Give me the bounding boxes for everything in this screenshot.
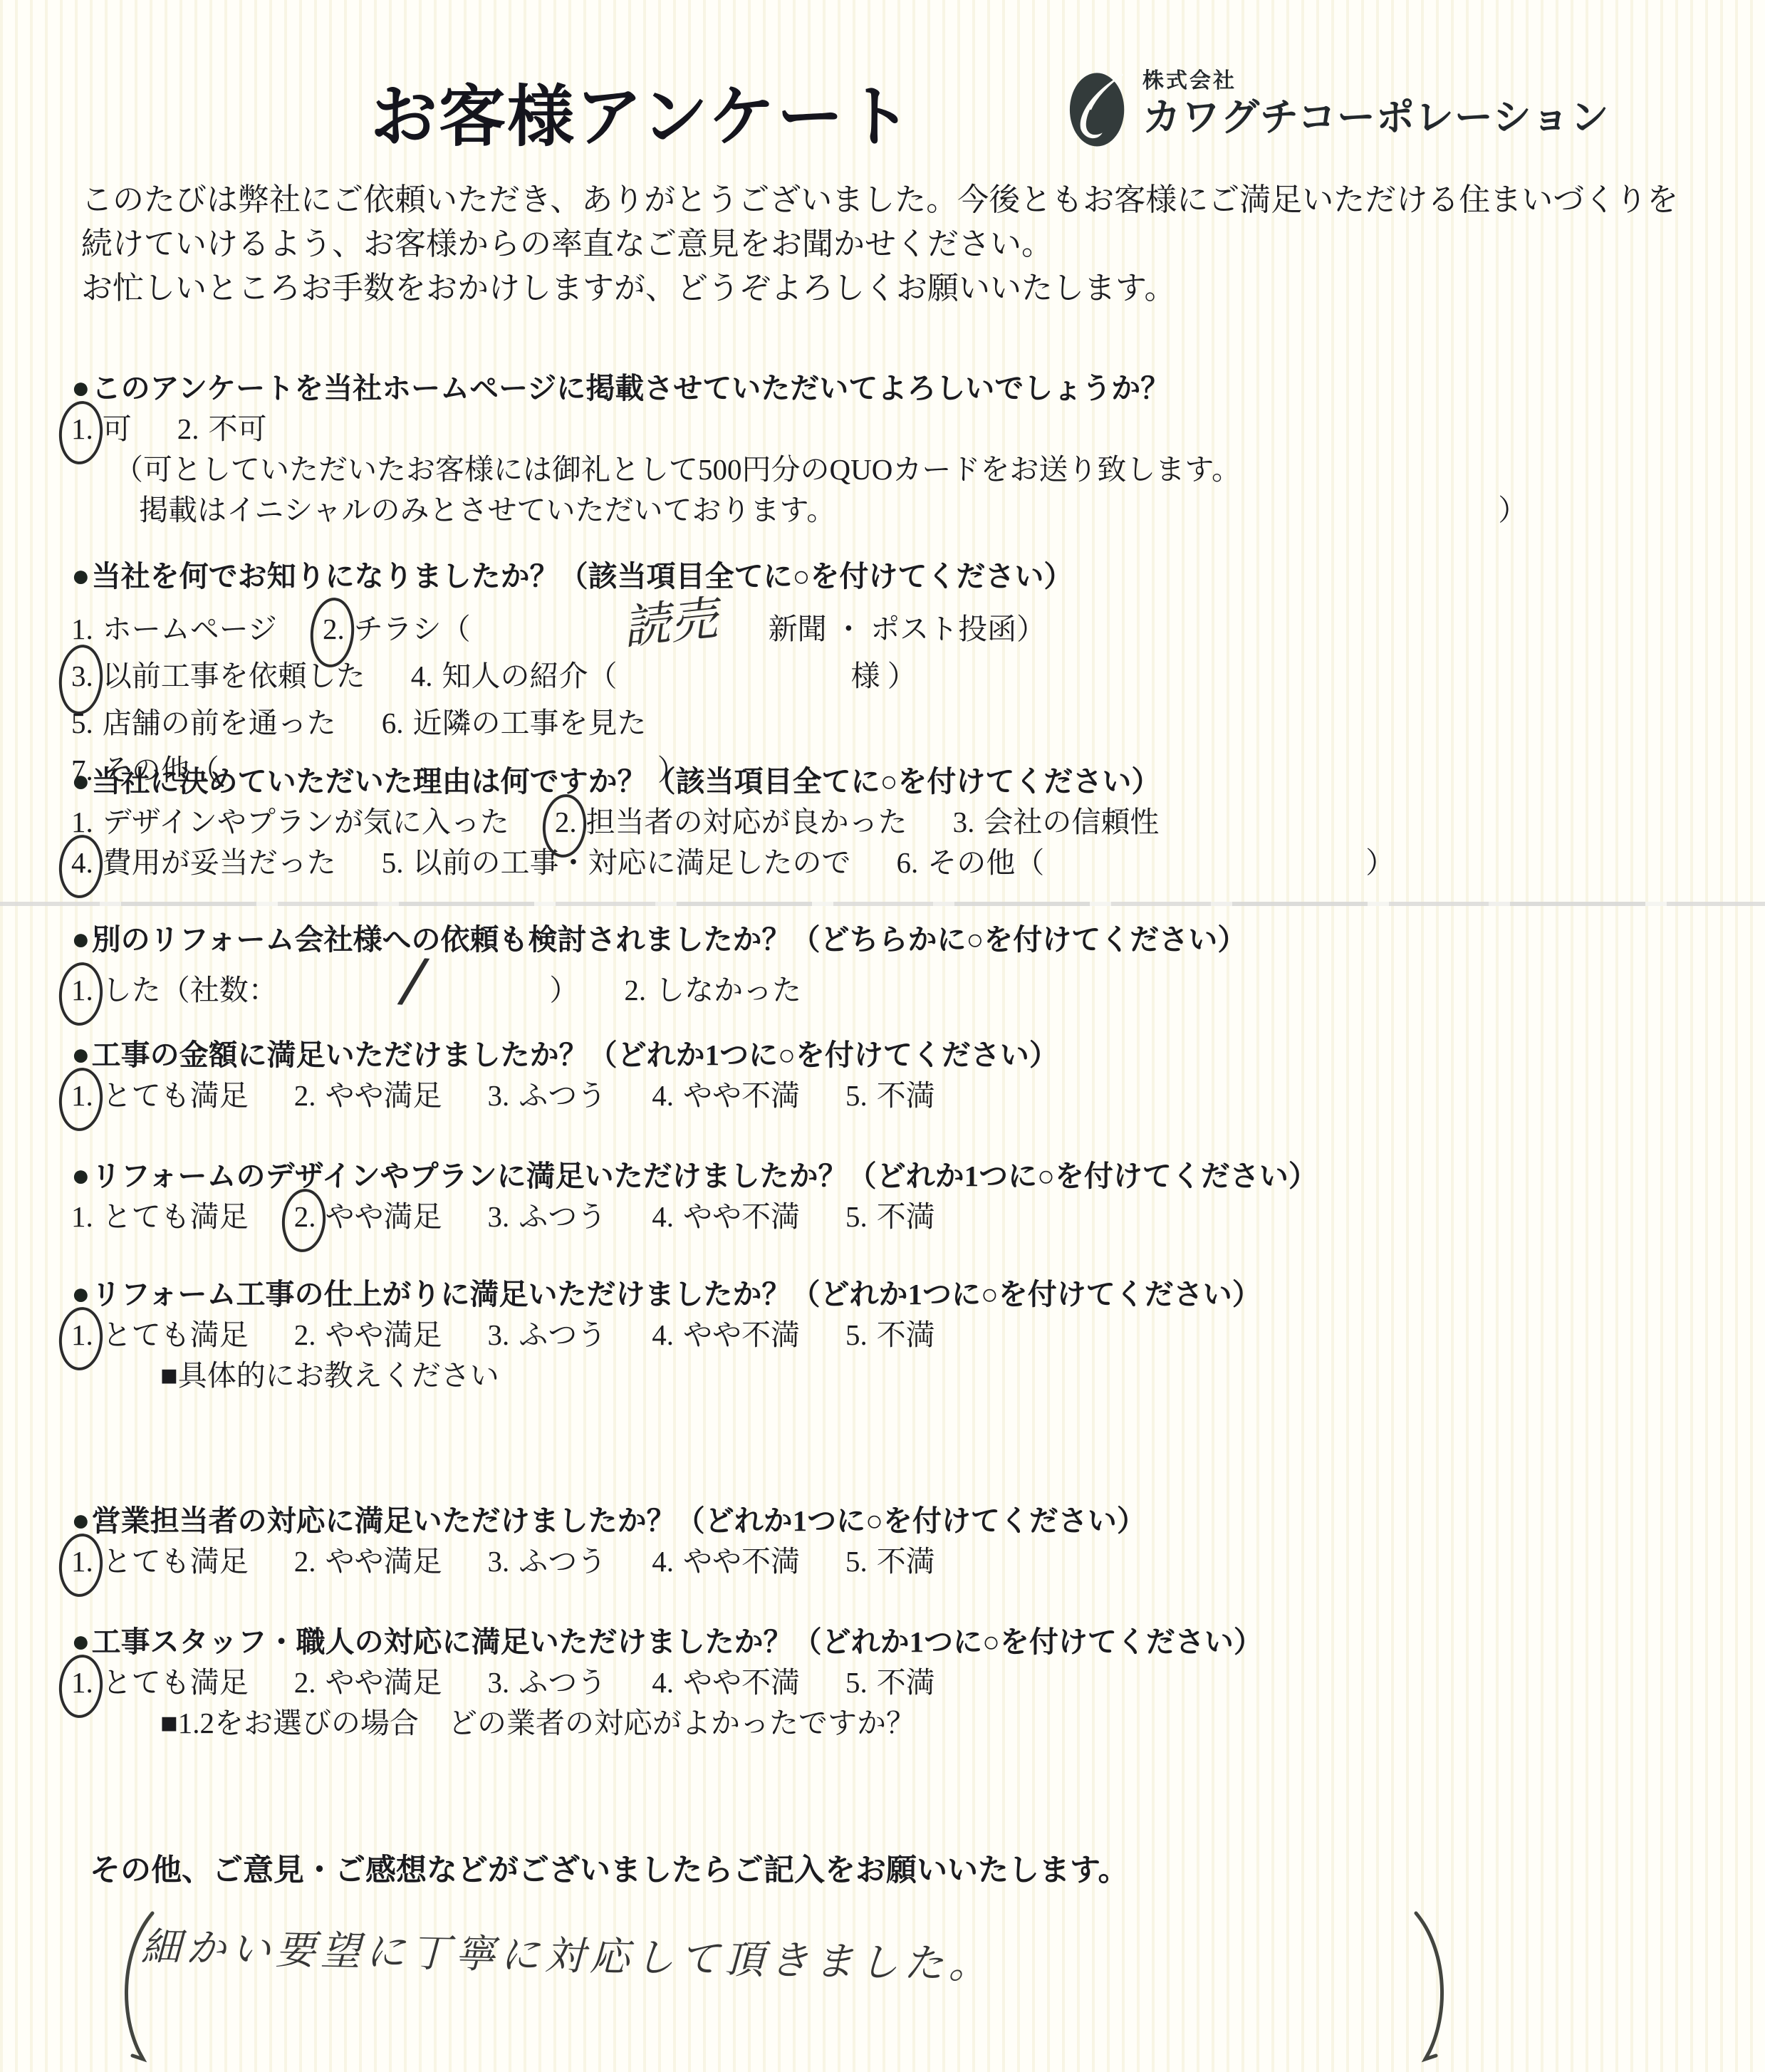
note-text: （可としていただいたお客様には御礼として500円分のQUOカードをお送り致します… <box>114 449 1241 490</box>
option-circled: 1.とても満足 <box>71 1079 249 1112</box>
option-circled: 1.とても満足 <box>71 1545 249 1578</box>
question-heading-text: このアンケートを当社ホームページに掲載させていただいてよろしいでしょうか？ <box>92 372 1170 405</box>
line-finish-opts: 1.とても満足2.やや満足3.ふつう4.やや不満5.不満 <box>71 1315 1261 1355</box>
option-label: とても満足 <box>103 1545 249 1578</box>
option-number: 3. <box>488 1662 510 1703</box>
option-circled: 1.した（社数： <box>71 974 278 1006</box>
company-prefix: 株式会社 <box>1142 68 1610 94</box>
option-label: やや満足 <box>326 1318 442 1351</box>
option-number: 1. <box>71 1197 93 1237</box>
bullet-icon: ● <box>71 1276 90 1311</box>
hand-yomiuri: 読売 <box>621 595 719 651</box>
line-other-company-opts: 1.した（社数：/）2.しなかった <box>71 960 1246 1011</box>
intro-line-3: お忙しいところお手数をおかけしますが、どうぞよろしくお願いいたします。 <box>81 266 1678 311</box>
option: 4.やや不満 <box>652 1666 800 1699</box>
option: 1.デザインやプランが気に入った <box>71 806 509 838</box>
option-label: やや不満 <box>683 1200 800 1233</box>
survey-page: お客様アンケート 株式会社 カワグチコーポレーション このたびは弊社にご依頼いた… <box>0 0 1765 2072</box>
option-label: とても満足 <box>103 1318 249 1351</box>
option-label: やや満足 <box>326 1200 442 1233</box>
option-circled: 1.とても満足 <box>71 1666 249 1699</box>
option-number: 4. <box>652 1076 674 1116</box>
line-sales-opts: 1.とても満足2.やや満足3.ふつう4.やや不満5.不満 <box>71 1541 1146 1582</box>
bullet-icon: ● <box>71 370 90 405</box>
option-number: 2. <box>294 1541 316 1582</box>
option-label: ホームページ <box>103 613 277 645</box>
option: 5.不満 <box>845 1200 935 1233</box>
sub-note: ■具体的にお教えください <box>160 1355 499 1396</box>
line-source-l2: 3.以前工事を依頼した4.知人の紹介（ 様 ） <box>71 652 1073 699</box>
option-number: 6. <box>382 699 404 746</box>
option-number: 4. <box>411 652 433 699</box>
question-heading-text: リフォーム工事の仕上がりに満足いただけましたか？（どれか1つに○を付けてください… <box>92 1278 1261 1311</box>
far-paren: ） <box>1498 490 1527 531</box>
option-number: 5. <box>845 1541 868 1582</box>
handdrawn-circle-mark: 4. <box>71 843 93 883</box>
option-number: 5. <box>845 1662 868 1703</box>
question-heading-text: 別のリフォーム会社様への依頼も検討されましたか？（どちらかに○を付けてください） <box>92 923 1247 956</box>
option: 6.その他（ ） <box>897 846 1395 879</box>
intro-line-1: このたびは弊社にご依頼いただき、ありがとうございました。今後ともお客様にご満足い… <box>81 178 1678 222</box>
bullet-icon: ● <box>71 558 90 593</box>
option: 3.ふつう <box>488 1666 607 1699</box>
question-sales: ●営業担当者の対応に満足いただけましたか？（どれか1つに○を付けてください）1.… <box>71 1500 1146 1582</box>
option-number: 5. <box>845 1315 868 1355</box>
option-number: 4. <box>652 1197 674 1237</box>
question-heading: ●営業担当者の対応に満足いただけましたか？（どれか1つに○を付けてください） <box>71 1500 1146 1541</box>
handdrawn-circle-mark: 1. <box>71 1541 93 1582</box>
option-number: 5. <box>71 699 93 746</box>
option-label: 不満 <box>877 1545 935 1578</box>
option-label: 不満 <box>877 1666 935 1699</box>
bullet-icon: ● <box>71 1158 90 1193</box>
question-heading: ●工事スタッフ・職人の対応に満足いただけましたか？（どれか1つに○を付けてくださ… <box>71 1621 1263 1662</box>
question-staff: ●工事スタッフ・職人の対応に満足いただけましたか？（どれか1つに○を付けてくださ… <box>71 1621 1263 1744</box>
option-label: やや不満 <box>683 1666 800 1699</box>
note-text: ） <box>549 970 578 1011</box>
question-heading: ●当社を何でお知りになりましたか？（該当項目全てに○を付けてください） <box>71 553 1073 600</box>
option-label: デザインやプランが気に入った <box>103 806 509 838</box>
question-publish: ●このアンケートを当社ホームページに掲載させていただいてよろしいでしょうか？1.… <box>71 368 1527 531</box>
option-label: やや満足 <box>326 1079 442 1112</box>
question-heading-text: 工事の金額に満足いただけましたか？（どれか1つに○を付けてください） <box>92 1038 1058 1071</box>
option: 3.ふつう <box>488 1545 607 1578</box>
option-label: した（社数： <box>103 974 278 1006</box>
line-source-l1: 1.ホームページ2.チラシ（読売新聞 ・ ポスト投函） <box>71 600 1073 652</box>
option: 5.店舗の前を通った <box>71 707 336 739</box>
handdrawn-circle-mark: 2. <box>294 1197 316 1237</box>
option-label: 不満 <box>877 1318 935 1351</box>
option-number: 4. <box>652 1662 674 1703</box>
option: 3.会社の信頼性 <box>953 806 1160 838</box>
question-heading: ●リフォーム工事の仕上がりに満足いただけましたか？（どれか1つに○を付けてくださ… <box>71 1274 1261 1315</box>
line-publish-note1: （可としていただいたお客様には御礼として500円分のQUOカードをお送り致します… <box>71 449 1527 490</box>
option-number: 4. <box>652 1315 674 1355</box>
option-label: 会社の信頼性 <box>984 806 1159 838</box>
logo-swoosh-icon <box>1068 68 1128 150</box>
note-text: 新聞 ・ ポスト投函） <box>769 605 1046 652</box>
option-label: やや満足 <box>326 1545 442 1578</box>
scan-divider-line <box>0 902 1765 906</box>
question-price: ●工事の金額に満足いただけましたか？（どれか1つに○を付けてください）1.とても… <box>71 1034 1058 1116</box>
option: 5.不満 <box>845 1318 935 1351</box>
handdrawn-circle-mark: 2. <box>323 605 345 652</box>
line-publish-opts: 1.可2.不可 <box>71 409 1527 449</box>
handdrawn-right-bracket <box>1405 1909 1462 2070</box>
option-number: 5. <box>845 1197 868 1237</box>
comment-prompt: その他、ご意見・ご感想などがございましたらご記入をお願いいたします。 <box>90 1846 1129 1890</box>
option-label: 可 <box>103 412 132 445</box>
option-label: やや満足 <box>326 1666 442 1699</box>
handdrawn-circle-mark: 1. <box>71 1662 93 1703</box>
line-finish-sub: ■具体的にお教えください <box>71 1355 1261 1396</box>
option: 2.やや満足 <box>294 1318 442 1351</box>
handdrawn-circle-mark: 1. <box>71 1076 93 1116</box>
option: 5.不満 <box>845 1666 935 1699</box>
question-heading: ●リフォームのデザインやプランに満足いただけましたか？（どれか1つに○を付けてく… <box>71 1155 1318 1197</box>
option: 3.ふつう <box>488 1200 607 1233</box>
question-reason: ●当社に決めていただいた理由は何ですか？（該当項目全てに○を付けてください）1.… <box>71 761 1440 883</box>
option: 4.やや不満 <box>652 1318 800 1351</box>
option-label: チラシ（ <box>354 613 471 645</box>
option-circled: 2.やや満足 <box>294 1200 442 1233</box>
option-circled: 1.とても満足 <box>71 1318 249 1351</box>
option-label: ふつう <box>519 1545 606 1578</box>
line-reason-l1: 1.デザインやプランが気に入った2.担当者の対応が良かった3.会社の信頼性 <box>71 802 1440 843</box>
option: 4.やや不満 <box>652 1079 800 1112</box>
line-source-l3: 5.店舗の前を通った6.近隣の工事を見た <box>71 699 1073 746</box>
option-label: しなかった <box>655 974 801 1006</box>
option: 4.やや不満 <box>652 1545 800 1578</box>
option: 1.ホームページ <box>71 613 277 645</box>
handdrawn-circle-mark: 3. <box>71 652 93 699</box>
option-label: やや不満 <box>683 1545 800 1578</box>
option-label: やや不満 <box>683 1079 800 1112</box>
option-label: ふつう <box>519 1318 606 1351</box>
option-label: 店舗の前を通った <box>103 707 336 739</box>
question-design: ●リフォームのデザインやプランに満足いただけましたか？（どれか1つに○を付けてく… <box>71 1155 1318 1237</box>
bullet-icon: ● <box>71 922 90 957</box>
question-heading-text: 当社を何でお知りになりましたか？（該当項目全てに○を付けてください） <box>92 560 1073 593</box>
option-label: 近隣の工事を見た <box>413 707 647 739</box>
option-number: 3. <box>488 1315 510 1355</box>
option: 5.不満 <box>845 1079 935 1112</box>
option-number: 3. <box>488 1541 510 1582</box>
handdrawn-circle-mark: 1. <box>71 409 93 449</box>
option-number: 5. <box>382 843 404 883</box>
line-price-opts: 1.とても満足2.やや満足3.ふつう4.やや不満5.不満 <box>71 1076 1058 1116</box>
option: 6.近隣の工事を見た <box>382 707 647 739</box>
option: 2.やや満足 <box>294 1079 442 1112</box>
option-circled: 2.チラシ（ <box>323 613 471 645</box>
option: 5.不満 <box>845 1545 935 1578</box>
option-circled: 4.費用が妥当だった <box>71 846 336 879</box>
option: 4.やや不満 <box>652 1200 800 1233</box>
option-label: 以前の工事・対応に満足したので <box>413 846 851 879</box>
option-label: 不満 <box>877 1200 935 1233</box>
option-label: ふつう <box>519 1079 606 1112</box>
question-source: ●当社を何でお知りになりましたか？（該当項目全てに○を付けてください）1.ホーム… <box>71 553 1073 793</box>
option-number: 2. <box>177 409 199 449</box>
handwritten-comment: 細かい要望に丁寧に対応して頂きました。 <box>140 1915 994 1990</box>
bullet-icon: ● <box>71 1503 90 1538</box>
option-label: やや不満 <box>683 1318 800 1351</box>
question-heading-text: 営業担当者の対応に満足いただけましたか？（どれか1つに○を付けてください） <box>92 1504 1146 1537</box>
hand-company-count: / <box>402 959 425 1001</box>
option: 2.しなかった <box>624 974 801 1006</box>
option-number: 4. <box>652 1541 674 1582</box>
option-label: ふつう <box>519 1200 606 1233</box>
option: 4.知人の紹介（ 様 ） <box>411 660 917 692</box>
question-heading-text: 工事スタッフ・職人の対応に満足いただけましたか？（どれか1つに○を付けてください… <box>92 1625 1263 1658</box>
bullet-icon: ● <box>71 764 90 798</box>
option-number: 3. <box>488 1076 510 1116</box>
option: 2.やや満足 <box>294 1545 442 1578</box>
company-logo: 株式会社 カワグチコーポレーション <box>1068 68 1610 150</box>
option-circled: 2.担当者の対応が良かった <box>555 806 907 838</box>
handdrawn-circle-mark: 1. <box>71 1315 93 1355</box>
page-title: お客様アンケート <box>370 63 913 159</box>
option: 5.以前の工事・対応に満足したので <box>382 846 851 879</box>
question-heading-text: 当社に決めていただいた理由は何ですか？（該当項目全てに○を付けてください） <box>92 765 1161 798</box>
option-number: 5. <box>845 1076 868 1116</box>
note-text: 掲載はイニシャルのみとさせていただいております。 <box>139 490 835 531</box>
bullet-icon: ● <box>71 1624 90 1659</box>
handdrawn-circle-mark: 2. <box>555 802 577 843</box>
option-label: とても満足 <box>103 1079 249 1112</box>
line-staff-sub: ■1.2をお選びの場合 どの業者の対応がよかったですか？ <box>71 1703 1263 1744</box>
question-other-company: ●別のリフォーム会社様への依頼も検討されましたか？（どちらかに○を付けてください… <box>71 919 1246 1011</box>
line-staff-opts: 1.とても満足2.やや満足3.ふつう4.やや不満5.不満 <box>71 1662 1263 1703</box>
question-heading: ●工事の金額に満足いただけましたか？（どれか1つに○を付けてください） <box>71 1034 1058 1076</box>
line-reason-l2: 4.費用が妥当だった5.以前の工事・対応に満足したので6.その他（ ） <box>71 843 1440 883</box>
question-heading: ●当社に決めていただいた理由は何ですか？（該当項目全てに○を付けてください） <box>71 761 1440 802</box>
option-label: とても満足 <box>103 1200 249 1233</box>
option-number: 6. <box>897 843 919 883</box>
company-name: カワグチコーポレーション <box>1142 94 1610 141</box>
line-publish-note2: 掲載はイニシャルのみとさせていただいております。） <box>71 490 1527 531</box>
option-label: 不満 <box>877 1079 935 1112</box>
logo-text: 株式会社 カワグチコーポレーション <box>1142 68 1610 141</box>
option-number: 3. <box>488 1197 510 1237</box>
intro-paragraph: このたびは弊社にご依頼いただき、ありがとうございました。今後ともお客様にご満足い… <box>81 178 1678 311</box>
option: 2.やや満足 <box>294 1666 442 1699</box>
option-label: ふつう <box>519 1666 606 1699</box>
option-number: 2. <box>624 970 646 1011</box>
option-label: とても満足 <box>103 1666 249 1699</box>
option-number: 2. <box>294 1662 316 1703</box>
line-design-opts: 1.とても満足2.やや満足3.ふつう4.やや不満5.不満 <box>71 1197 1318 1237</box>
bullet-icon: ● <box>71 1037 90 1072</box>
handdrawn-circle-mark: 1. <box>71 970 93 1011</box>
option-number: 3. <box>953 802 975 843</box>
option: 3.ふつう <box>488 1079 607 1112</box>
option-label: その他（ ） <box>927 846 1395 879</box>
option-number: 2. <box>294 1076 316 1116</box>
option-label: 担当者の対応が良かった <box>586 806 907 838</box>
option-label: 費用が妥当だった <box>103 846 336 879</box>
question-finish: ●リフォーム工事の仕上がりに満足いただけましたか？（どれか1つに○を付けてくださ… <box>71 1274 1261 1396</box>
option-circled: 1.可 <box>71 412 132 445</box>
option: 2.不可 <box>177 412 267 445</box>
option: 3.ふつう <box>488 1318 607 1351</box>
option-label: 知人の紹介（ 様 ） <box>442 660 917 692</box>
question-heading-text: リフォームのデザインやプランに満足いただけましたか？（どれか1つに○を付けてくだ… <box>92 1160 1318 1192</box>
question-heading: ●このアンケートを当社ホームページに掲載させていただいてよろしいでしょうか？ <box>71 368 1527 409</box>
option-label: 不可 <box>209 412 267 445</box>
question-heading: ●別のリフォーム会社様への依頼も検討されましたか？（どちらかに○を付けてください… <box>71 919 1246 960</box>
intro-line-2: 続けていけるよう、お客様からの率直なご意見をお聞かせください。 <box>81 222 1678 266</box>
option: 1.とても満足 <box>71 1200 249 1233</box>
sub-note: ■1.2をお選びの場合 どの業者の対応がよかったですか？ <box>160 1703 915 1744</box>
option-number: 2. <box>294 1315 316 1355</box>
